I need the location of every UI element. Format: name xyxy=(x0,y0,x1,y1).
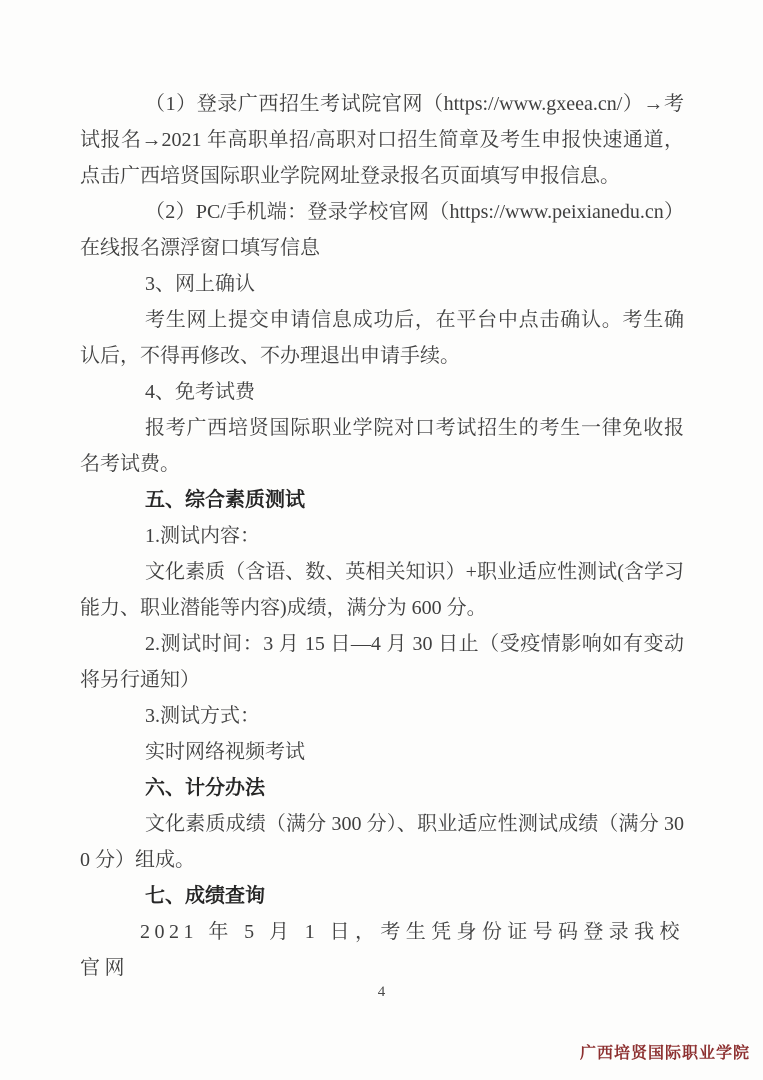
list-item-test-time: 2.测试时间：3 月 15 日—4 月 30 日止（受疫情影响如有变动将另行通知… xyxy=(80,626,684,698)
list-item-4-fee-waiver: 4、免考试费 xyxy=(80,374,684,410)
page-number: 4 xyxy=(0,984,763,1001)
paragraph: 实时网络视频考试 xyxy=(80,734,684,770)
document-page: （1）登录广西招生考试院官网（https://www.gxeea.cn/）→考试… xyxy=(0,0,763,1080)
document-body: （1）登录广西招生考试院官网（https://www.gxeea.cn/）→考试… xyxy=(80,86,684,986)
paragraph: （1）登录广西招生考试院官网（https://www.gxeea.cn/）→考试… xyxy=(80,86,684,194)
paragraph: 文化素质（含语、数、英相关知识）+职业适应性测试(含学习能力、职业潜能等内容)成… xyxy=(80,554,684,626)
school-name-watermark: 广西培贤国际职业学院 xyxy=(580,1040,750,1063)
paragraph: 报考广西培贤国际职业学院对口考试招生的考生一律免收报名考试费。 xyxy=(80,410,684,482)
heading-section-5-comprehensive-test: 五、综合素质测试 xyxy=(80,482,684,518)
heading-section-6-scoring-method: 六、计分办法 xyxy=(80,770,684,806)
paragraph: 文化素质成绩（满分 300 分）、职业适应性测试成绩（满分 300 分）组成。 xyxy=(80,806,684,878)
list-item-test-method: 3.测试方式： xyxy=(80,698,684,734)
paragraph: 2021 年 5 月 1 日，考生凭身份证号码登录我校官网 xyxy=(80,914,684,986)
heading-section-7-score-query: 七、成绩查询 xyxy=(80,878,684,914)
list-item-test-content: 1.测试内容： xyxy=(80,518,684,554)
list-item-3-online-confirm: 3、网上确认 xyxy=(80,266,684,302)
paragraph: （2）PC/手机端：登录学校官网（https://www.peixianedu.… xyxy=(80,194,684,266)
paragraph: 考生网上提交申请信息成功后，在平台中点击确认。考生确认后，不得再修改、不办理退出… xyxy=(80,302,684,374)
